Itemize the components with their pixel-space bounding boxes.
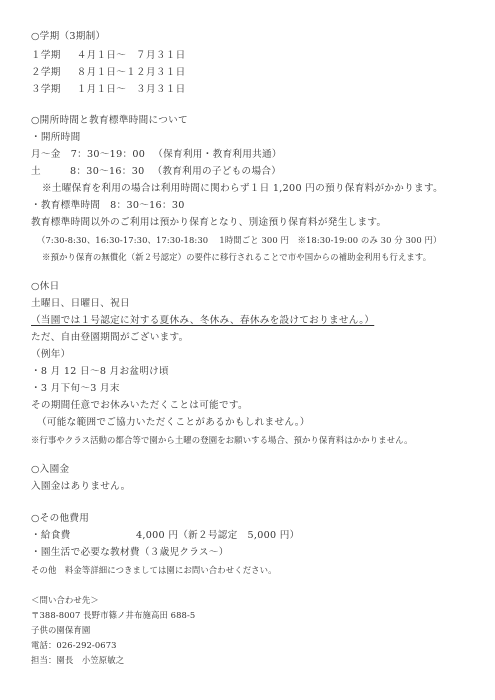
saturday-note: （教育利用の子どもの場合） bbox=[153, 166, 282, 177]
free-period-note: ただ、自由登園期間がございます。 bbox=[31, 331, 189, 345]
term-name: １学期 bbox=[31, 50, 61, 61]
admission-text: 入園金はありません。 bbox=[31, 480, 131, 494]
optional-note: その期間任意でお休みいただくことは可能です。 bbox=[31, 399, 248, 413]
other-fees-heading: ○その他費用 bbox=[31, 512, 89, 526]
weekday-note: （保育利用・教育利用共通） bbox=[153, 149, 282, 160]
term-name: ３学期 bbox=[31, 84, 61, 95]
term-row-3: ３学期１月１日〜 ３月３１日 bbox=[31, 83, 186, 97]
contact-address: 〒388-8007 長野市篠ノ井布施高田 688-5 bbox=[31, 608, 195, 622]
example-item-2: ・3 月下旬〜3 月末 bbox=[31, 382, 120, 396]
materials-fee: ・園生活で必要な教材費（３歳児クラス〜） bbox=[31, 546, 229, 560]
lunch-fee-value: 4,000 円（新２号認定 5,000 円） bbox=[136, 530, 300, 541]
fee-detail: （7:30-8:30、16:30-17:30、17:30-18:30 1時間ごと… bbox=[37, 233, 442, 247]
event-note: ※行事やクラス活動の都合等で園から土曜の登園をお願いする場合、預かり保育料はかか… bbox=[31, 433, 413, 447]
example-item-1: ・8 月 12 日〜8 月お盆明け頃 bbox=[31, 365, 169, 379]
term-period: ４月１日〜 ７月３１日 bbox=[77, 50, 186, 61]
lunch-fee: ・給食費4,000 円（新２号認定 5,000 円） bbox=[31, 529, 300, 543]
term-period: １月１日〜 ３月３１日 bbox=[77, 84, 186, 95]
saturday-fee-note: ※土曜保育を利用の場合は利用時間に関わらず１日 1,200 円の預り保育料がかか… bbox=[42, 182, 443, 196]
holidays-heading: ○休日 bbox=[31, 280, 59, 294]
document-page: ○学期（3期制） １学期４月１日〜 ７月３１日 ２学期８月１日〜１２月３１日 ３… bbox=[0, 0, 495, 700]
outside-hours-note: 教育標準時間以外のご利用は預かり保育となり、別途預り保育料が発生します。 bbox=[31, 216, 386, 230]
example-label: （例年） bbox=[31, 348, 71, 362]
weekday-time: 7：30〜19：00 bbox=[71, 149, 146, 160]
term-row-2: ２学期８月１日〜１２月３１日 bbox=[31, 66, 186, 80]
weekday-label: 月〜金 bbox=[31, 149, 61, 160]
subsidy-note: ※預かり保育の無償化（新２号認定）の要件に移行されることで市や国からの補助金利用… bbox=[42, 250, 431, 264]
hours-heading: ○開所時間と教育標準時間について bbox=[31, 114, 188, 128]
lunch-fee-label: ・給食費 bbox=[31, 529, 136, 543]
term-name: ２学期 bbox=[31, 67, 61, 78]
holiday-days: 土曜日、日曜日、祝日 bbox=[31, 297, 130, 311]
admission-heading: ○入園金 bbox=[31, 463, 69, 477]
saturday-hours: 土8：30〜16：30（教育利用の子どもの場合） bbox=[31, 165, 281, 179]
other-fees-note: その他 料金等詳細につきましては園にお問い合わせください。 bbox=[31, 563, 277, 577]
term-row-1: １学期４月１日〜 ７月３１日 bbox=[31, 49, 186, 63]
term-heading: ○学期（3期制） bbox=[31, 30, 105, 44]
contact-name: 子供の園保育園 bbox=[31, 623, 90, 637]
standard-hours: ・教育標準時間 8：30〜16：30 bbox=[31, 199, 185, 213]
no-vacation-note: （当園では１号認定に対する夏休み、冬休み、春休みを設けておりません。） bbox=[31, 314, 374, 328]
contact-phone: 電話：026-292-0673 bbox=[31, 638, 117, 652]
contact-person: 担当：園長 小笠原敏之 bbox=[31, 653, 124, 667]
contact-heading: ＜問い合わせ先＞ bbox=[31, 593, 99, 607]
open-hours-label: ・開所時間 bbox=[31, 131, 80, 145]
saturday-label: 土 bbox=[31, 165, 70, 179]
term-period: ８月１日〜１２月３１日 bbox=[77, 67, 186, 78]
saturday-time: 8：30〜16：30 bbox=[70, 166, 145, 177]
weekday-hours: 月〜金7：30〜19：00（保育利用・教育利用共通） bbox=[31, 148, 282, 162]
cooperation-note: （可能な範囲でご協力いただくことがあるかもしれません。） bbox=[37, 416, 310, 430]
